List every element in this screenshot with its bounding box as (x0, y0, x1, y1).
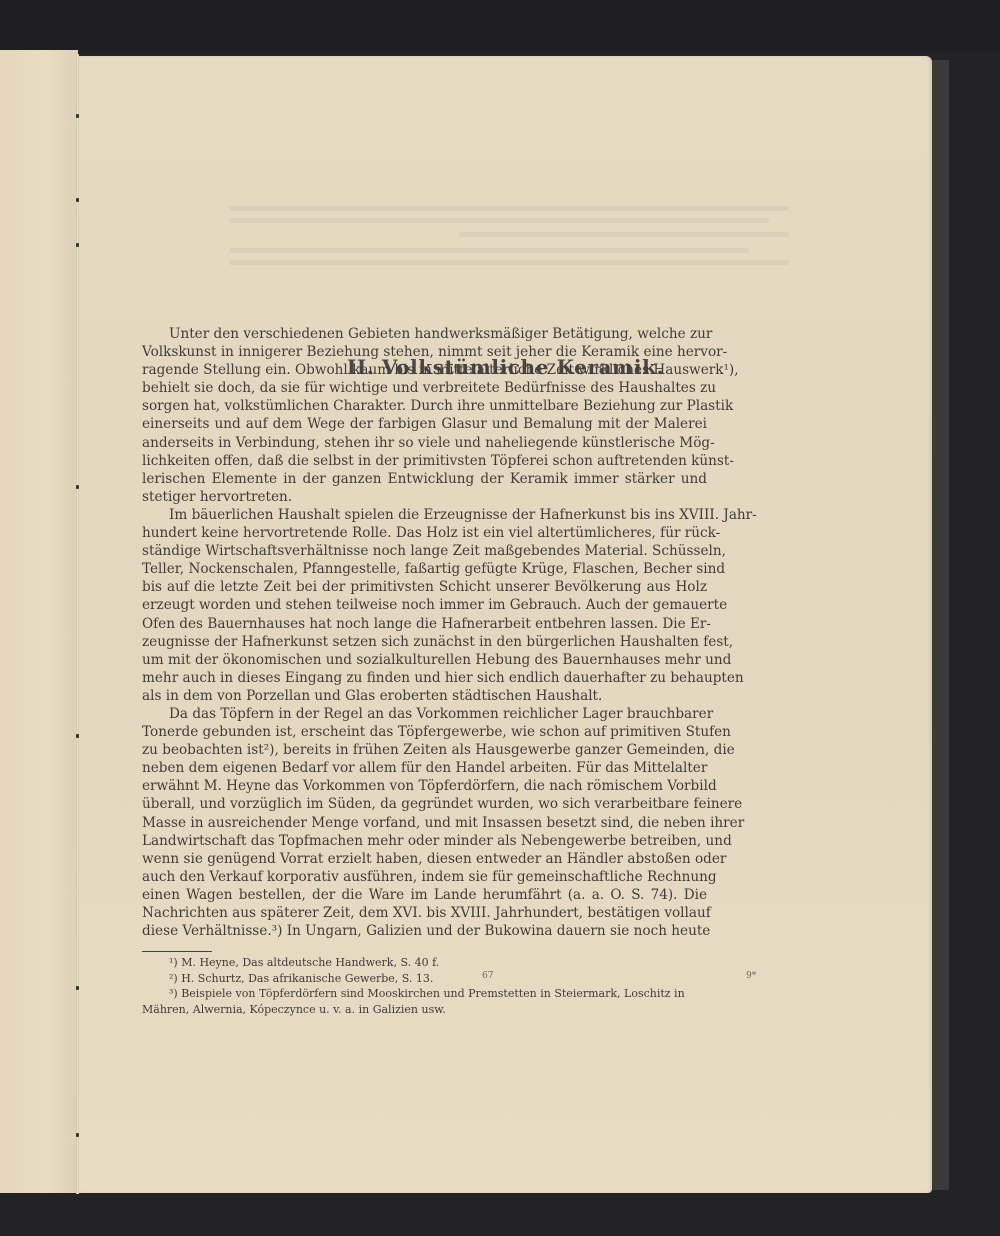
text-line: neben dem eigenen Bedarf vor allem für d… (142, 759, 707, 777)
text-line: überall, und vorzüglich im Süden, da geg… (142, 795, 707, 813)
text-line: Landwirtschaft das Topfmachen mehr oder … (142, 832, 707, 850)
binding-stitch (76, 485, 79, 489)
text-line: wenn sie genügend Vorrat erzielt haben, … (142, 850, 707, 868)
text-line: einerseits und auf dem Wege der farbigen… (142, 415, 707, 433)
bleed-through-line (229, 248, 749, 253)
bleed-through-line (459, 232, 789, 237)
book-gutter (76, 54, 79, 1194)
footnote: ²) H. Schurtz, Das afrikanische Gewerbe,… (142, 971, 707, 987)
body-text: Unter den verschiedenen Gebieten handwer… (142, 325, 707, 940)
footnote-rule (142, 951, 212, 952)
text-line: stetiger hervortreten. (142, 488, 707, 506)
text-line: Tonerde gebunden ist, erscheint das Töpf… (142, 723, 707, 741)
text-line: mehr auch in dieses Eingang zu finden un… (142, 669, 707, 687)
page-number: 67 (482, 971, 493, 981)
footnote: ¹) M. Heyne, Das altdeutsche Handwerk, S… (142, 955, 707, 971)
footnote: Mähren, Alwernia, Kópeczynce u. v. a. in… (142, 1002, 707, 1018)
text-line: hundert keine hervortretende Rolle. Das … (142, 524, 707, 542)
bleed-through-line (229, 260, 789, 265)
text-line: Da das Töpfern in der Regel an das Vorko… (142, 705, 707, 723)
text-line: anderseits in Verbindung, stehen ihr so … (142, 434, 707, 452)
text-line: Im bäuerlichen Haushalt spielen die Erze… (142, 506, 707, 524)
text-line: Teller, Nockenschalen, Pfanngestelle, fa… (142, 560, 707, 578)
signature-mark: 9* (746, 971, 756, 981)
text-line: Ofen des Bauernhauses hat noch lange die… (142, 615, 707, 633)
binding-stitch (76, 1133, 79, 1137)
text-line: bis auf die letzte Zeit bei der primitiv… (142, 578, 707, 596)
text-line: Masse in ausreichender Menge vorfand, un… (142, 814, 707, 832)
book-cover-top (0, 0, 1000, 52)
text-line: erzeugt worden und stehen teilweise noch… (142, 596, 707, 614)
binding-stitch (76, 114, 79, 118)
book-cover-right-edge (930, 60, 949, 1190)
text-line: zeugnisse der Hafnerkunst setzen sich zu… (142, 633, 707, 651)
text-line: um mit der ökonomischen und sozialkultur… (142, 651, 707, 669)
footnotes: ¹) M. Heyne, Das altdeutsche Handwerk, S… (142, 955, 707, 1017)
binding-stitch (76, 198, 79, 202)
text-line: erwähnt M. Heyne das Vorkommen von Töpfe… (142, 777, 707, 795)
text-line: ragende Stellung ein. Obwohl kaum bis in… (142, 361, 707, 379)
binding-stitch (76, 243, 79, 247)
text-line: lichkeiten offen, daß die selbst in der … (142, 452, 707, 470)
text-line: ständige Wirtschaftsverhältnisse noch la… (142, 542, 707, 560)
bleed-through-line (229, 218, 769, 223)
text-line: diese Verhältnisse.³) In Ungarn, Galizie… (142, 922, 707, 940)
binding-stitch (76, 986, 79, 990)
text-line: lerischen Elemente in der ganzen Entwick… (142, 470, 707, 488)
binding-stitch (76, 734, 79, 738)
text-line: Nachrichten aus späterer Zeit, dem XVI. … (142, 904, 707, 922)
bleed-through-line (229, 206, 789, 211)
text-line: zu beobachten ist²), bereits in frühen Z… (142, 741, 707, 759)
footnote: ³) Beispiele von Töpferdörfern sind Moos… (142, 986, 707, 1002)
text-line: als in dem von Porzellan und Glas erober… (142, 687, 707, 705)
text-line: behielt sie doch, da sie für wichtige un… (142, 379, 707, 397)
text-line: Unter den verschiedenen Gebieten handwer… (142, 325, 707, 343)
text-line: Volkskunst in innigerer Beziehung stehen… (142, 343, 707, 361)
text-line: auch den Verkauf korporativ ausführen, i… (142, 868, 707, 886)
left-page-edge (0, 50, 78, 1193)
text-line: sorgen hat, volkstümlichen Charakter. Du… (142, 397, 707, 415)
text-line: einen Wagen bestellen, der die Ware im L… (142, 886, 707, 904)
